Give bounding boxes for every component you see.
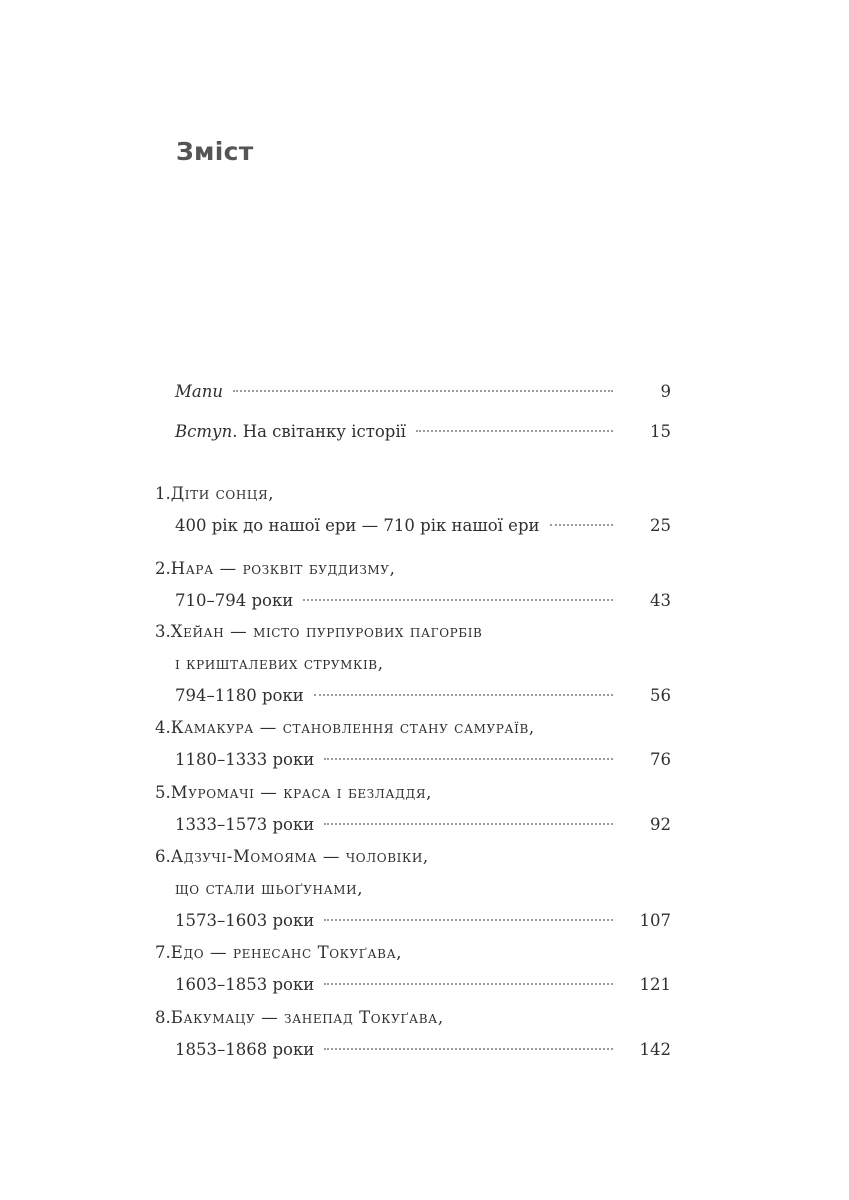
chapter-title: Камакура — становлення стану самураїв, bbox=[171, 718, 535, 737]
toc-entry-chapter-7[interactable]: 7. Едо — ренесанс Токуґава,1603–1853 рок… bbox=[155, 937, 671, 1001]
dot-leader bbox=[416, 430, 613, 432]
page-number: 43 bbox=[623, 585, 671, 617]
toc-entry-maps[interactable]: Мапи 9 bbox=[155, 376, 671, 408]
page-title: Зміст bbox=[176, 137, 254, 166]
toc-entry-intro[interactable]: Вступ. На світанку історії 15 bbox=[155, 416, 671, 448]
chapter-number: 2. bbox=[155, 553, 171, 585]
page-number: 25 bbox=[623, 510, 671, 542]
chapter-number: 4. bbox=[155, 712, 171, 744]
page-number: 76 bbox=[623, 744, 671, 776]
chapter-title: Діти сонця, bbox=[171, 484, 274, 503]
chapter-title: що стали шьоґунами, bbox=[175, 879, 363, 898]
chapter-period: 400 рік до нашої ери — 710 рік нашої ери bbox=[175, 510, 540, 542]
toc-entry-chapter-4[interactable]: 4. Камакура — становлення стану самураїв… bbox=[155, 712, 671, 776]
toc-entry-chapter-5[interactable]: 5. Муромачі — краса і безладдя,1333–1573… bbox=[155, 777, 671, 841]
dot-leader bbox=[324, 983, 613, 985]
chapter-title: Нара — розквіт буддизму, bbox=[171, 559, 396, 578]
toc-entry-chapter-6[interactable]: 6. Адзучі-Момояма — чоловіки,що стали шь… bbox=[155, 841, 671, 937]
chapter-period: 710–794 роки bbox=[175, 585, 293, 617]
chapter-number: 8. bbox=[155, 1002, 171, 1034]
dot-leader bbox=[324, 1048, 613, 1050]
dot-leader bbox=[303, 599, 613, 601]
dot-leader bbox=[233, 390, 613, 392]
entry-title: Мапи bbox=[175, 382, 223, 401]
entry-title-italic: Вступ bbox=[175, 422, 232, 441]
chapter-period: 1853–1868 роки bbox=[175, 1034, 314, 1066]
page-number: 142 bbox=[623, 1034, 671, 1066]
chapter-period: 1603–1853 роки bbox=[175, 969, 314, 1001]
page-number: 121 bbox=[623, 969, 671, 1001]
page-number: 56 bbox=[623, 680, 671, 712]
page-number: 15 bbox=[623, 416, 671, 448]
chapter-period: 1573–1603 роки bbox=[175, 905, 314, 937]
chapter-title: і кришталевих струмків, bbox=[175, 654, 384, 673]
toc-entry-chapter-3[interactable]: 3. Хейан — місто пурпурових пагорбіві кр… bbox=[155, 616, 671, 712]
dot-leader bbox=[550, 524, 613, 526]
page-number: 107 bbox=[623, 905, 671, 937]
page-number: 9 bbox=[623, 376, 671, 408]
chapter-period: 1180–1333 роки bbox=[175, 744, 314, 776]
chapter-number: 5. bbox=[155, 777, 171, 809]
chapter-title: Едо — ренесанс Токуґава, bbox=[171, 943, 402, 962]
dot-leader bbox=[324, 823, 613, 825]
chapter-number: 7. bbox=[155, 937, 171, 969]
page-number: 92 bbox=[623, 809, 671, 841]
chapter-title: Хейан — місто пурпурових пагорбів bbox=[171, 622, 483, 641]
chapter-title: Бакумацу — занепад Токуґава, bbox=[171, 1008, 444, 1027]
entry-title: . На світанку історії bbox=[232, 422, 406, 441]
chapter-title: Муромачі — краса і безладдя, bbox=[171, 783, 432, 802]
chapter-number: 6. bbox=[155, 841, 171, 873]
dot-leader bbox=[324, 758, 613, 760]
chapter-period: 794–1180 роки bbox=[175, 680, 304, 712]
toc-entry-chapter-8[interactable]: 8. Бакумацу — занепад Токуґава,1853–1868… bbox=[155, 1002, 671, 1066]
dot-leader bbox=[324, 919, 613, 921]
dot-leader bbox=[314, 694, 613, 696]
chapter-period: 1333–1573 роки bbox=[175, 809, 314, 841]
toc-entry-chapter-1[interactable]: 1. Діти сонця,400 рік до нашої ери — 710… bbox=[155, 478, 671, 542]
chapter-title: Адзучі-Момояма — чоловіки, bbox=[171, 847, 429, 866]
chapter-number: 3. bbox=[155, 616, 171, 648]
toc-entry-chapter-2[interactable]: 2. Нара — розквіт буддизму,710–794 роки4… bbox=[155, 553, 671, 617]
chapter-number: 1. bbox=[155, 478, 171, 510]
